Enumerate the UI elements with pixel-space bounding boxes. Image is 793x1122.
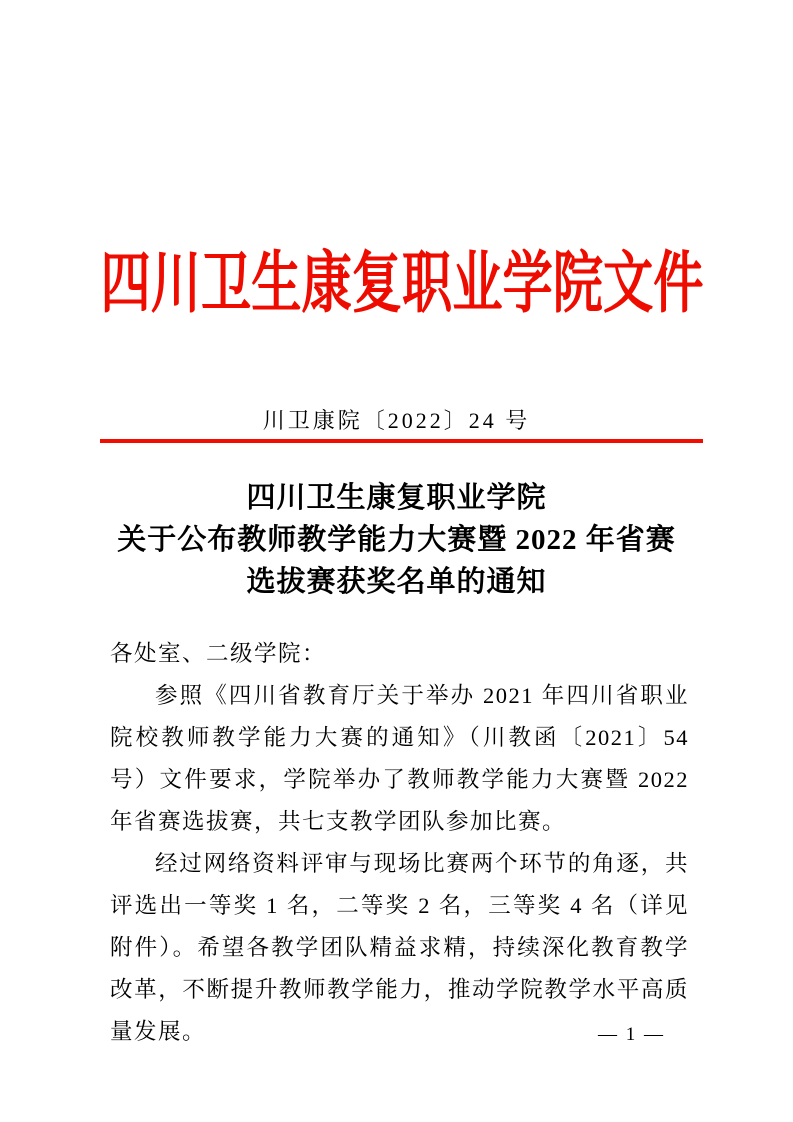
letterhead-title: 四川卫生康复职业学院文件 bbox=[101, 248, 704, 322]
document-body: 各处室、二级学院： 参照《四川省教育厅关于举办 2021 年四川省职业院校教师教… bbox=[110, 633, 689, 1053]
title-line-3: 选拔赛获奖名单的通知 bbox=[0, 561, 793, 603]
title-line-2: 关于公布教师教学能力大赛暨 2022 年省赛 bbox=[0, 519, 793, 561]
document-number: 川卫康院〔2022〕24 号 bbox=[0, 404, 793, 435]
document-title: 四川卫生康复职业学院 关于公布教师教学能力大赛暨 2022 年省赛 选拔赛获奖名… bbox=[0, 477, 793, 603]
body-paragraph-1: 参照《四川省教育厅关于举办 2021 年四川省职业院校教师教学能力大赛的通知》（… bbox=[110, 675, 689, 843]
salutation: 各处室、二级学院： bbox=[110, 633, 689, 675]
document-page: 四川卫生康复职业学院文件 川卫康院〔2022〕24 号 四川卫生康复职业学院 关… bbox=[0, 0, 793, 1122]
title-line-1: 四川卫生康复职业学院 bbox=[0, 477, 793, 519]
page-number: — 1 — bbox=[598, 1024, 665, 1046]
red-header-banner: 四川卫生康复职业学院文件 bbox=[0, 248, 793, 322]
red-divider-line bbox=[100, 439, 703, 443]
body-paragraph-2: 经过网络资料评审与现场比赛两个环节的角逐，共评选出一等奖 1 名，二等奖 2 名… bbox=[110, 843, 689, 1053]
